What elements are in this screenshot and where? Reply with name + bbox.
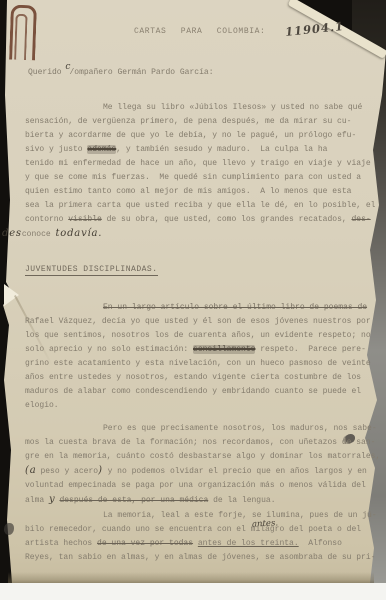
typewritten-line: contorno visible de su obra, que usted, … xyxy=(25,213,379,227)
typewritten-line: tenido mi enfermedad de hace un año, que… xyxy=(25,157,379,171)
typewritten-line: artista hechos de una vez por todas ante… xyxy=(25,537,379,551)
typewritten-line: Pero es que precisamente nosotros, los m… xyxy=(25,422,379,436)
typewritten-line: elogio. xyxy=(25,399,379,413)
paper-bottom-edge-shadow xyxy=(8,572,374,583)
typewritten-line: sivo y justo además, y también sesudo y … xyxy=(25,143,379,157)
typewritten-line: sea la primera carta que usted reciba y … xyxy=(25,199,379,213)
handwritten-annotation: antes. xyxy=(252,518,279,529)
typewritten-line: La memoria, leal a este forje, se ilumin… xyxy=(25,509,379,523)
typewritten-line: grino este acatamiento y esta nivelación… xyxy=(25,357,379,371)
typewritten-line: y que se come mis fuerzas. Me quedé sin … xyxy=(25,171,379,185)
paperclip-rust-stain-icon xyxy=(9,5,37,61)
inserted-letter-handwritten: c xyxy=(65,62,70,72)
typewritten-line: años entre ustedes y nosotros, estando v… xyxy=(25,371,379,385)
document-title: CARTAS PARA COLOMBIA: xyxy=(134,27,265,36)
typewritten-line: alma y después de esta, por una médica d… xyxy=(25,493,379,508)
typewritten-line: gre en la memoria, cuánto costó desbasta… xyxy=(25,450,379,464)
salutation-post: ompañero Germán Pardo García: xyxy=(74,68,213,77)
typewritten-line: Rafael Vázquez, decía yo que usted y él … xyxy=(25,315,379,329)
typewritten-line: bierta y acordarme de que yo le debía, y… xyxy=(25,129,379,143)
typewritten-line: voluntad empecinada se paga por una orga… xyxy=(25,479,379,493)
typewritten-line: solo aprecio y no solo estimación: senci… xyxy=(25,343,379,357)
typewritten-line: En un largo artículo sobre el último lib… xyxy=(25,301,379,315)
scanner-background-bottom xyxy=(0,583,386,600)
typewritten-line: (a peso y acero) y no podemos olvidar el… xyxy=(25,464,379,479)
scanned-letter-page: CARTAS PARA COLOMBIA: 11904.1 Querido c/… xyxy=(0,0,386,600)
salutation-line: Querido c/ompañero Germán Pardo García: xyxy=(28,67,214,77)
typewritten-line: desconoce todavía. xyxy=(25,227,379,242)
letter-body: Me llega su libro «Júbilos Ilesos» y ust… xyxy=(25,101,379,565)
typewritten-line: Me llega su libro «Júbilos Ilesos» y ust… xyxy=(25,101,379,115)
typewritten-line: sensación, de vergüenza primero, de pena… xyxy=(25,115,379,129)
typewritten-line: Reyes, tan sabio en almas, y en almas de… xyxy=(25,551,379,565)
typewritten-line: los que sentimos, nosotros los de cuaren… xyxy=(25,329,379,343)
typewritten-line: bilo remecedor, cuando uno se encuentra … xyxy=(25,523,379,537)
typewritten-line: mos la cuesta brava de la formación; nos… xyxy=(25,436,379,450)
typewritten-line: maduros de alabar como condescendiendo y… xyxy=(25,385,379,399)
typewritten-line: quien estimo tanto como al mejor de mis … xyxy=(25,185,379,199)
salutation-pre: Querido xyxy=(28,68,66,77)
section-heading: JUVENTUDES DISCIPLINADAS. xyxy=(25,265,158,276)
